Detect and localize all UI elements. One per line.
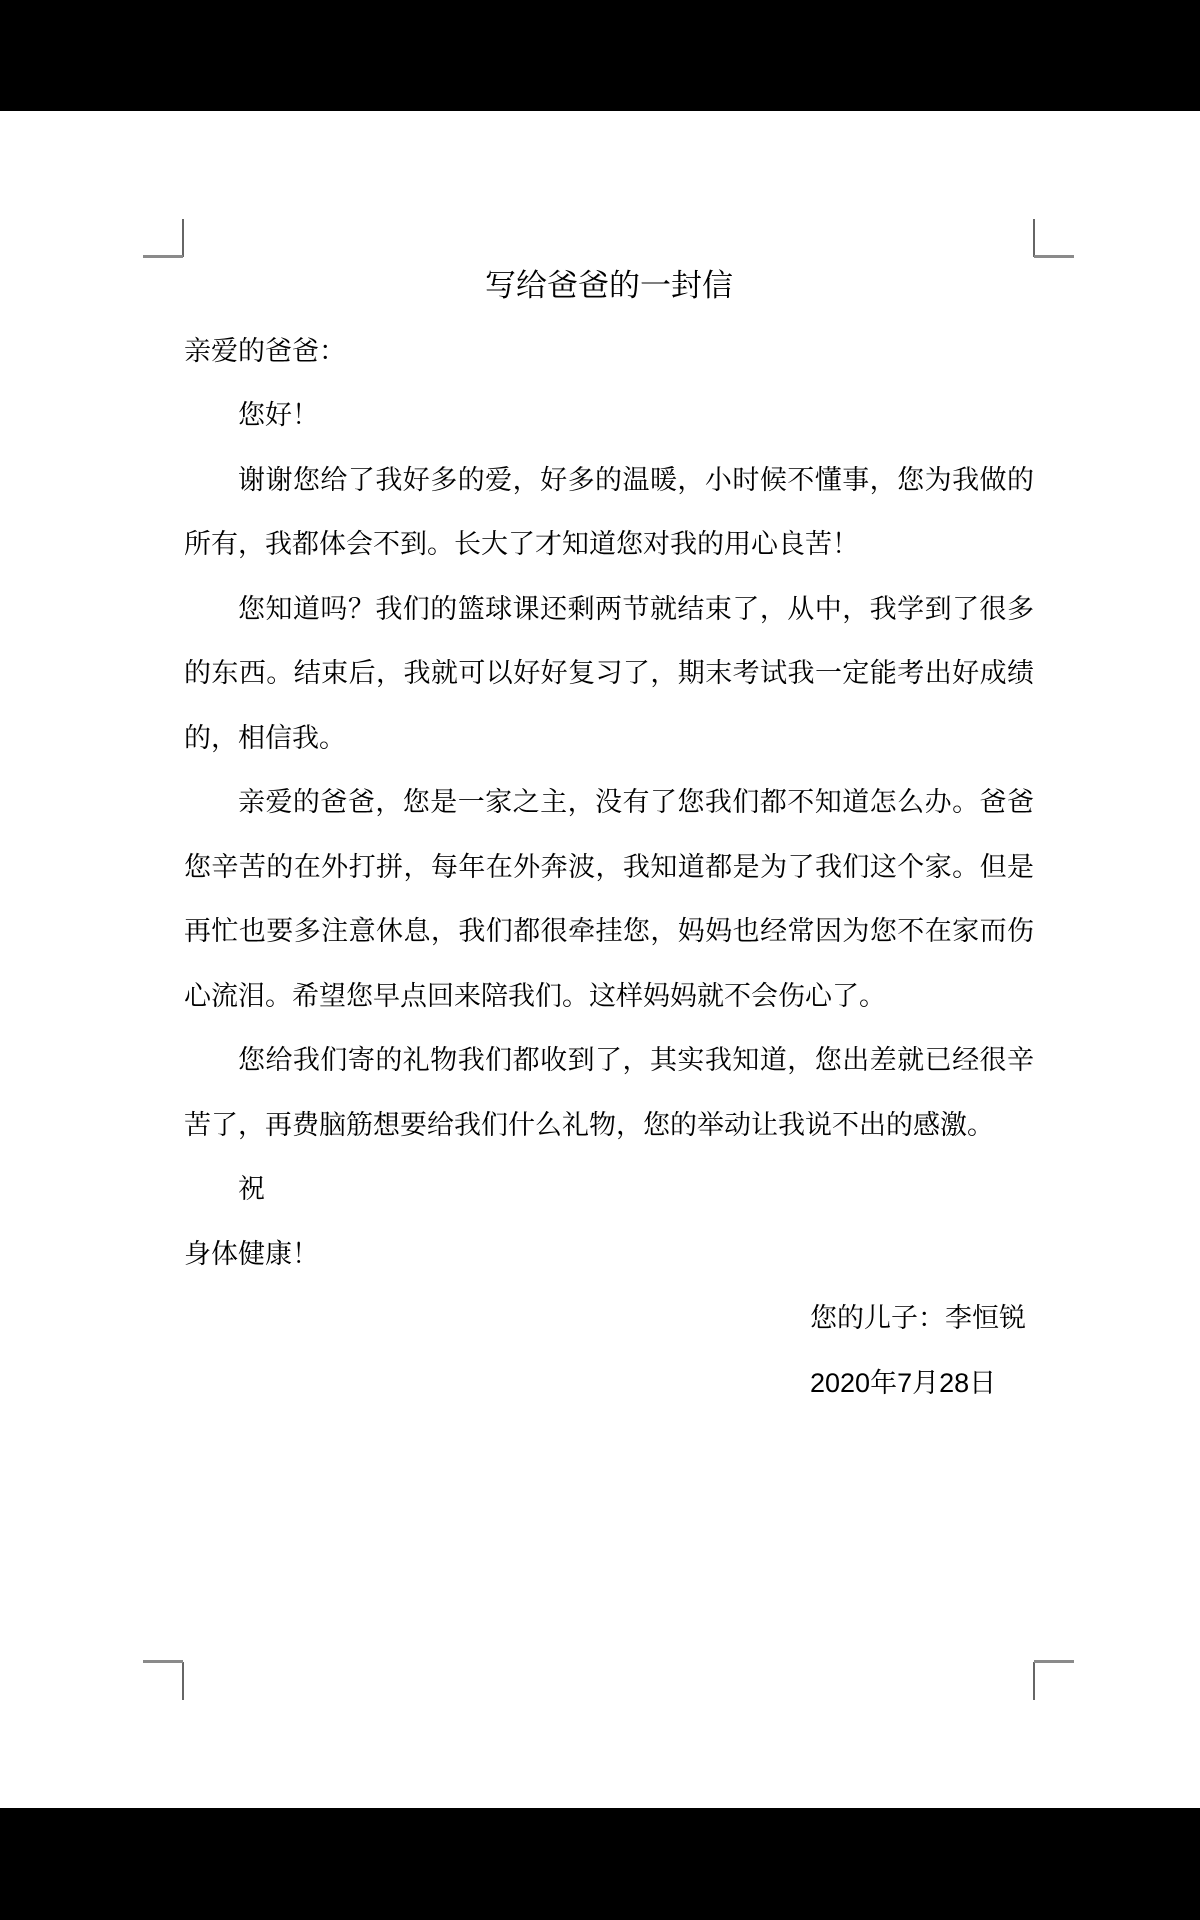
letter-line-wish: 身体健康！: [184, 1222, 1034, 1287]
letter-line: 您辛苦的在外打拼，每年在外奔波，我知道都是为了我们这个家。但是: [184, 835, 1034, 900]
crop-mark-top-right-horizontal: [1034, 255, 1074, 258]
letter-line: 的，相信我。: [184, 706, 1034, 771]
letter-line: 苦了，再费脑筋想要给我们什么礼物，您的举动让我说不出的感激。: [184, 1093, 1034, 1158]
date-line: 2020年7月28日: [810, 1351, 1034, 1416]
signature-line: 您的儿子：李恒锐: [810, 1286, 1034, 1351]
letter-body: 写给爸爸的一封信 亲爱的爸爸： 您好！ 谢谢您给了我好多的爱，好多的温暖，小时候…: [184, 254, 1034, 1415]
letter-line: 您给我们寄的礼物我们都收到了，其实我知道，您出差就已经很辛: [184, 1028, 1034, 1093]
crop-mark-top-left-horizontal: [143, 255, 183, 258]
crop-mark-bottom-left-horizontal: [143, 1660, 183, 1663]
letter-line: 的东西。结束后，我就可以好好复习了，期末考试我一定能考出好成绩: [184, 641, 1034, 706]
crop-mark-bottom-right-vertical: [1033, 1662, 1035, 1700]
letter-line: 亲爱的爸爸，您是一家之主，没有了您我们都不知道怎么办。爸爸: [184, 770, 1034, 835]
letter-line-greeting: 您好！: [184, 383, 1034, 448]
letter-line: 谢谢您给了我好多的爱，好多的温暖，小时候不懂事，您为我做的: [184, 448, 1034, 513]
letter-line-wish-zhu: 祝: [184, 1157, 1034, 1222]
letter-line: 所有，我都体会不到。长大了才知道您对我的用心良苦！: [184, 512, 1034, 577]
letter-line: 再忙也要多注意休息，我们都很牵挂您，妈妈也经常因为您不在家而伤: [184, 899, 1034, 964]
crop-mark-bottom-right-horizontal: [1034, 1660, 1074, 1663]
letter-line-salutation: 亲爱的爸爸：: [184, 319, 1034, 384]
letter-title: 写给爸爸的一封信: [184, 254, 1034, 319]
crop-mark-top-right-vertical: [1033, 219, 1035, 257]
crop-mark-bottom-left-vertical: [182, 1662, 184, 1700]
letter-line: 您知道吗？我们的篮球课还剩两节就结束了，从中，我学到了很多: [184, 577, 1034, 642]
crop-mark-top-left-vertical: [182, 219, 184, 257]
letter-line: 心流泪。希望您早点回来陪我们。这样妈妈就不会伤心了。: [184, 964, 1034, 1029]
document-page: 写给爸爸的一封信 亲爱的爸爸： 您好！ 谢谢您给了我好多的爱，好多的温暖，小时候…: [0, 111, 1200, 1808]
